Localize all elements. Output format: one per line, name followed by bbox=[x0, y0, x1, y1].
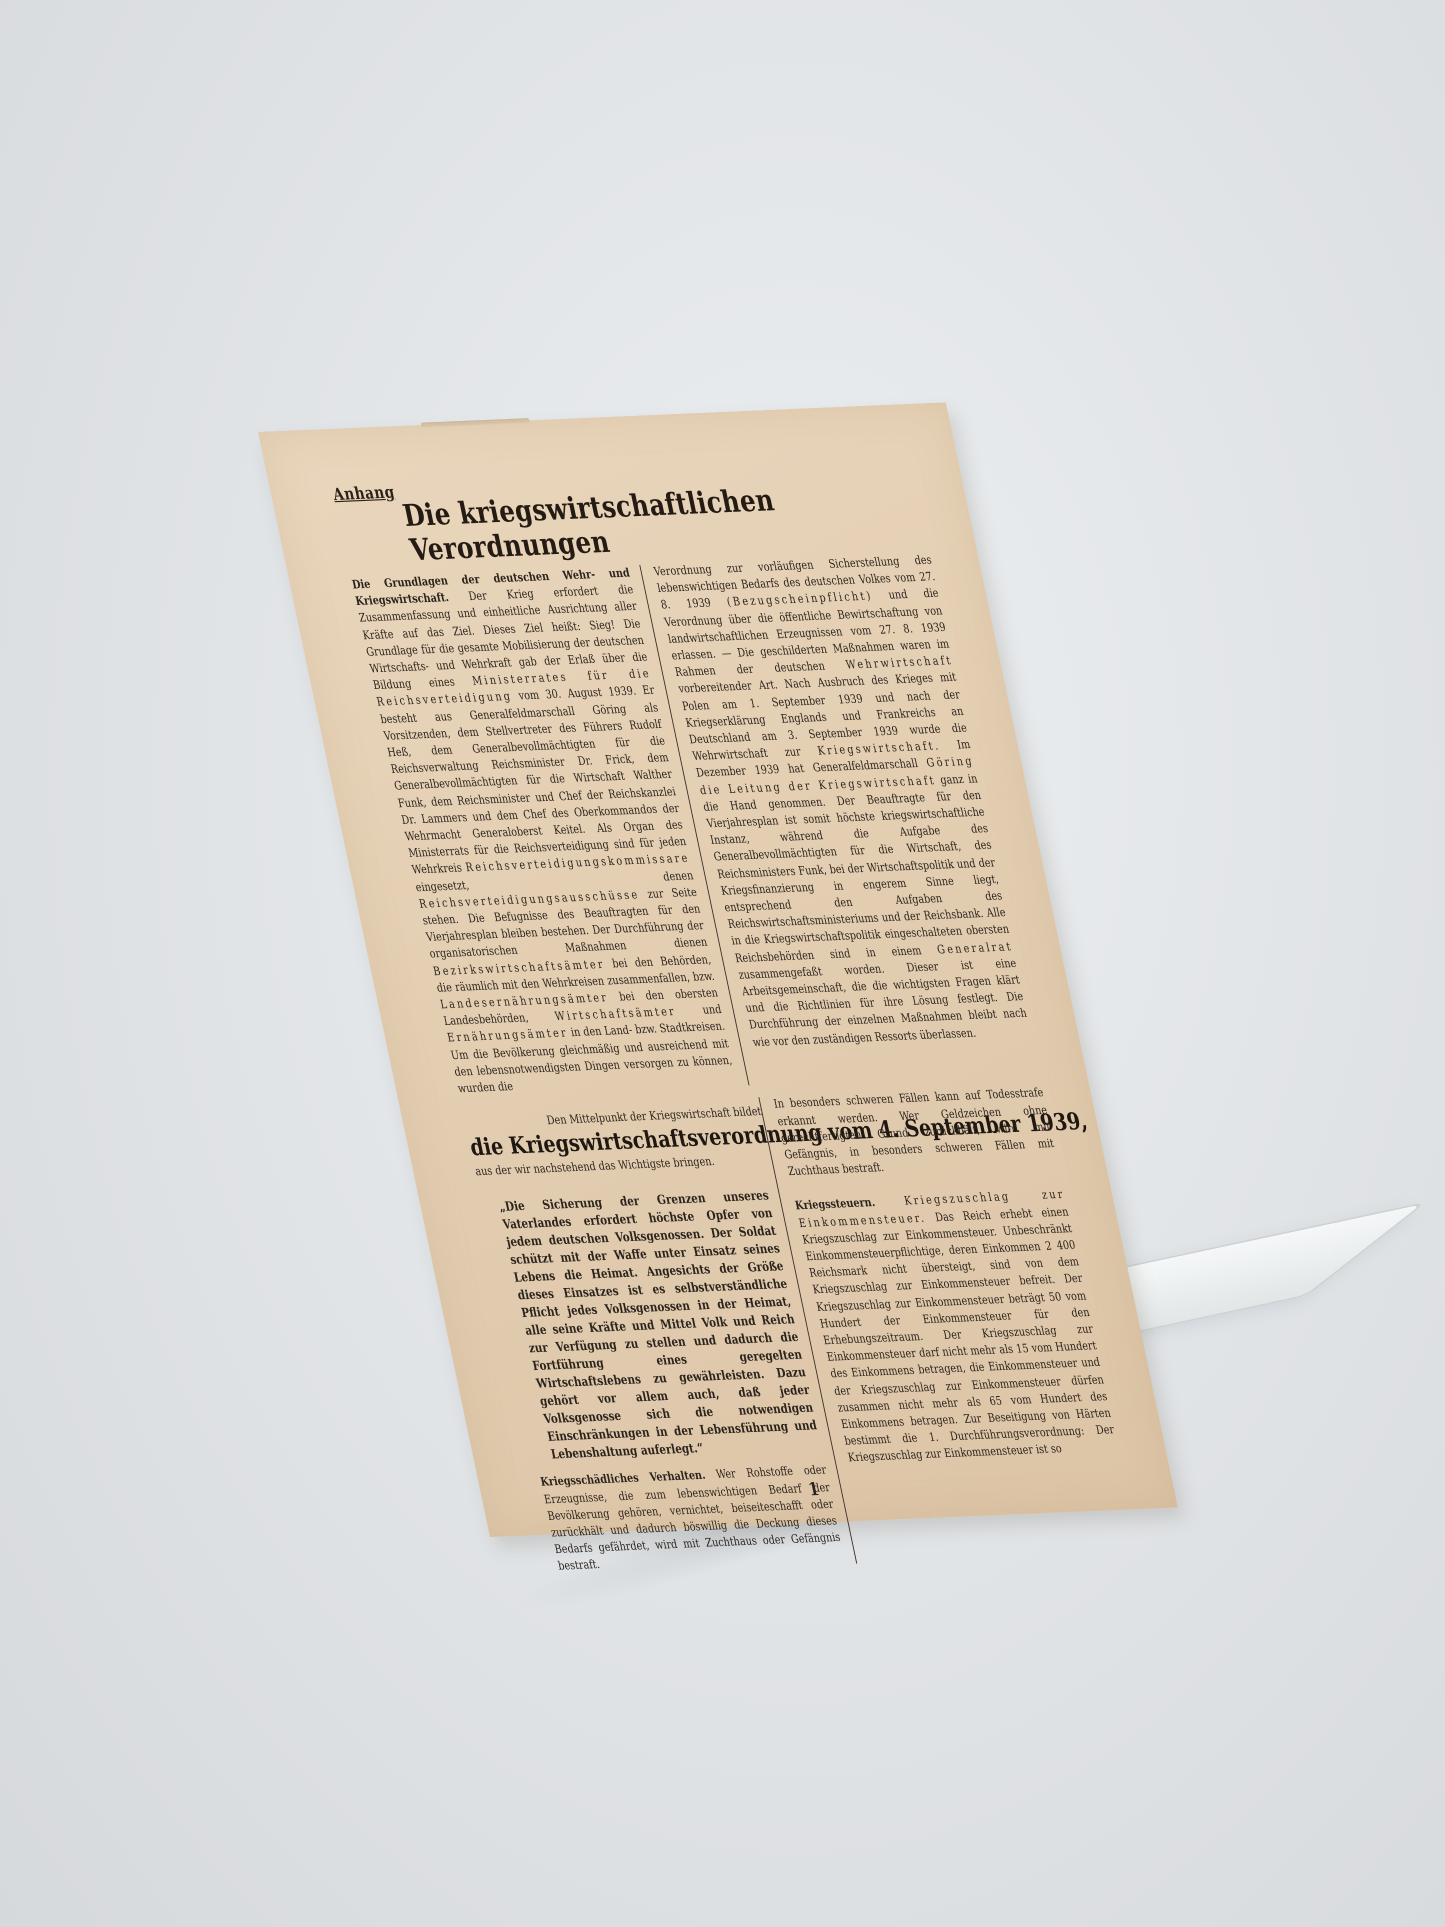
photo-scene: Anhang Die kriegswirtschaftlichen Verord… bbox=[0, 0, 1445, 1927]
document-page: Anhang Die kriegswirtschaftlichen Verord… bbox=[258, 402, 1178, 1537]
spaced-term: Ernährungsämter bbox=[446, 1027, 569, 1045]
lead-heading: Kriegssteuern. bbox=[794, 1196, 876, 1213]
spaced-term: Wirtschaftsämter bbox=[554, 1005, 678, 1023]
paper-wrapper: Anhang Die kriegswirtschaftlichen Verord… bbox=[0, 0, 1445, 1927]
body-text: ganz in die Hand genommen. Der Beauftrag… bbox=[702, 772, 1010, 965]
page-content: Anhang Die kriegswirtschaftlichen Verord… bbox=[331, 460, 1139, 1576]
body-text: In besonders schweren Fällen kann auf To… bbox=[772, 1085, 1059, 1181]
torn-edge bbox=[420, 418, 530, 428]
spaced-term: Generalrat bbox=[936, 940, 1014, 957]
bottom-columns: „Die Sicherung der Grenzen unseres Vater… bbox=[463, 1085, 1140, 1575]
body-text: und bbox=[675, 1003, 723, 1018]
body-text: zusammengefaßt worden. Dieser ist eine A… bbox=[737, 957, 1028, 1049]
quote-block: „Die Sicherung der Grenzen unseres Vater… bbox=[497, 1186, 822, 1463]
body-text: vom 30. August 1939. Er besteht aus Gene… bbox=[379, 684, 687, 877]
body-text: Das Reich erhebt einen Kriegszuschlag zu… bbox=[801, 1205, 1115, 1465]
top-columns: Die Grundlagen der deutschen Wehr- und K… bbox=[351, 552, 1040, 1098]
spaced-term: Wehrwirtschaft bbox=[845, 654, 954, 672]
spaced-term: (Bezugscheinpflicht) bbox=[726, 590, 874, 610]
spaced-term: Kriegswirtschaft. bbox=[816, 740, 941, 759]
